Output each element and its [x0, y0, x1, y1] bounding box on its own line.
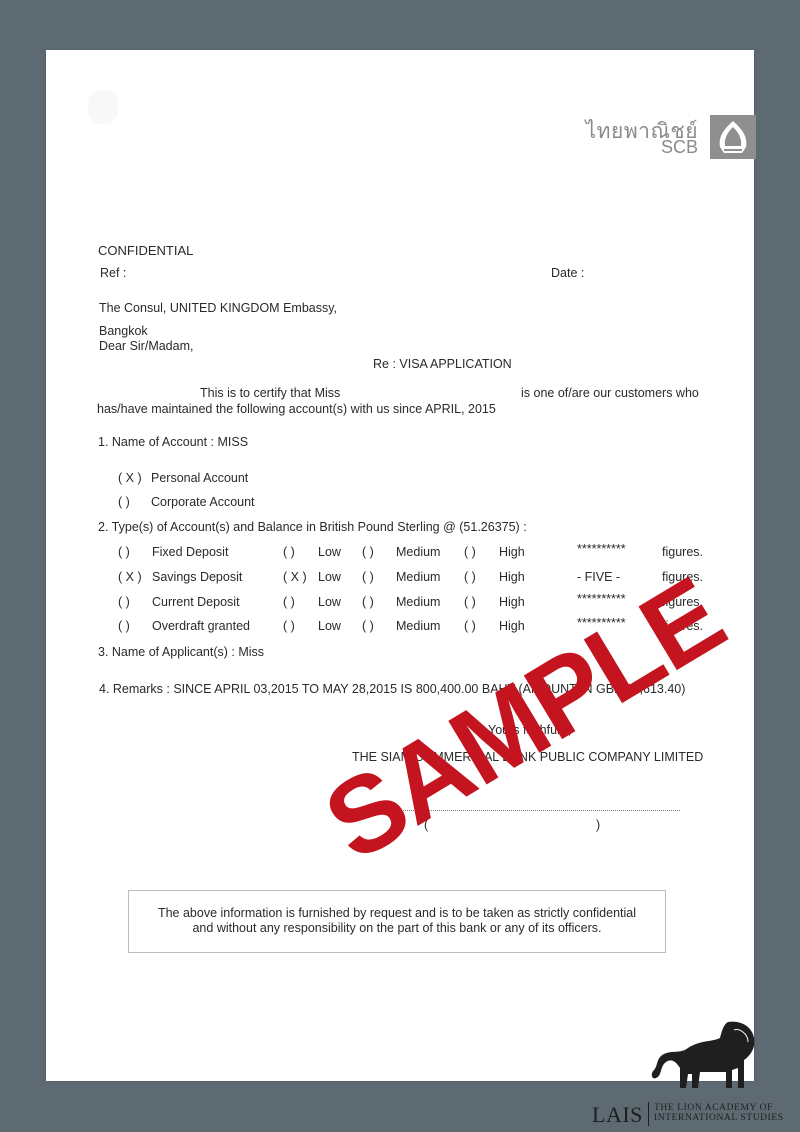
item-applicant-name: 3. Name of Applicant(s) : Miss	[98, 645, 264, 659]
row-low-mark: ( )	[283, 595, 295, 609]
row-mark: ( )	[118, 545, 130, 559]
row-low-mark: ( )	[283, 545, 295, 559]
row-medium-label: Medium	[396, 570, 440, 584]
city: Bangkok	[99, 324, 148, 338]
intro-text-1: This is to certify that Miss	[200, 386, 340, 400]
disclaimer-box: The above information is furnished by re…	[128, 890, 666, 953]
row-medium-mark: ( )	[362, 545, 374, 559]
corporate-account-mark: ( )	[118, 495, 130, 509]
row-medium-mark: ( )	[362, 595, 374, 609]
row-high-mark: ( )	[464, 545, 476, 559]
row-figures: - FIVE -	[577, 570, 620, 584]
faint-emblem-icon	[88, 90, 118, 124]
row-mark: ( )	[118, 595, 130, 609]
row-low-mark: ( X )	[283, 570, 307, 584]
lion-icon	[650, 1018, 760, 1096]
row-low-label: Low	[318, 595, 341, 609]
row-mark: ( )	[118, 619, 130, 633]
lais-abbreviation: LAIS	[592, 1102, 643, 1128]
intro-text-2: is one of/are our customers who	[521, 386, 699, 400]
row-medium-mark: ( )	[362, 619, 374, 633]
row-high-mark: ( )	[464, 570, 476, 584]
disclaimer-line-1: The above information is furnished by re…	[129, 906, 665, 921]
lais-name-line-2: INTERNATIONAL STUDIES	[654, 1113, 784, 1123]
intro-text-line2: has/have maintained the following accoun…	[97, 402, 496, 416]
personal-account-label: Personal Account	[151, 471, 248, 485]
ref-label: Ref :	[100, 266, 126, 280]
row-type: Fixed Deposit	[152, 545, 228, 559]
row-high-label: High	[499, 619, 525, 633]
row-low-label: Low	[318, 619, 341, 633]
row-mark: ( X )	[118, 570, 142, 584]
lais-logo: LAIS THE LION ACADEMY OF INTERNATIONAL S…	[590, 1018, 800, 1128]
row-low-mark: ( )	[283, 619, 295, 633]
row-type: Current Deposit	[152, 595, 240, 609]
subject-line: Re : VISA APPLICATION	[373, 357, 512, 371]
corporate-account-label: Corporate Account	[151, 495, 255, 509]
row-medium-label: Medium	[396, 595, 440, 609]
row-high-label: High	[499, 545, 525, 559]
row-medium-label: Medium	[396, 619, 440, 633]
classification-label: CONFIDENTIAL	[98, 243, 193, 258]
item-name-of-account: 1. Name of Account : MISS	[98, 435, 248, 449]
row-type: Overdraft granted	[152, 619, 250, 633]
row-low-label: Low	[318, 545, 341, 559]
row-medium-label: Medium	[396, 545, 440, 559]
lais-name-line-1: THE LION ACADEMY OF	[654, 1103, 784, 1113]
row-high-mark: ( )	[464, 619, 476, 633]
scb-bodhi-leaf-icon	[710, 115, 756, 159]
row-type: Savings Deposit	[152, 570, 242, 584]
lais-full-name: THE LION ACADEMY OF INTERNATIONAL STUDIE…	[654, 1103, 784, 1123]
disclaimer-line-2: and without any responsibility on the pa…	[129, 921, 665, 936]
row-figures: **********	[577, 542, 626, 556]
row-high-label: High	[499, 570, 525, 584]
lais-divider	[648, 1102, 649, 1126]
letter-page: ไทยพาณิชย์ SCB CONFIDENTIAL Ref : Date :…	[46, 50, 754, 1081]
addressee: The Consul, UNITED KINGDOM Embassy,	[99, 301, 337, 315]
scb-short-name: SCB	[661, 137, 698, 158]
signature-name-close: )	[596, 818, 600, 832]
date-label: Date :	[551, 266, 584, 280]
row-high-mark: ( )	[464, 595, 476, 609]
row-medium-mark: ( )	[362, 570, 374, 584]
row-low-label: Low	[318, 570, 341, 584]
row-high-label: High	[499, 595, 525, 609]
personal-account-mark: ( X )	[118, 471, 142, 485]
scb-logo: ไทยพาณิชย์ SCB	[566, 113, 756, 161]
item-account-types: 2. Type(s) of Account(s) and Balance in …	[98, 520, 527, 534]
salutation: Dear Sir/Madam,	[99, 339, 193, 353]
